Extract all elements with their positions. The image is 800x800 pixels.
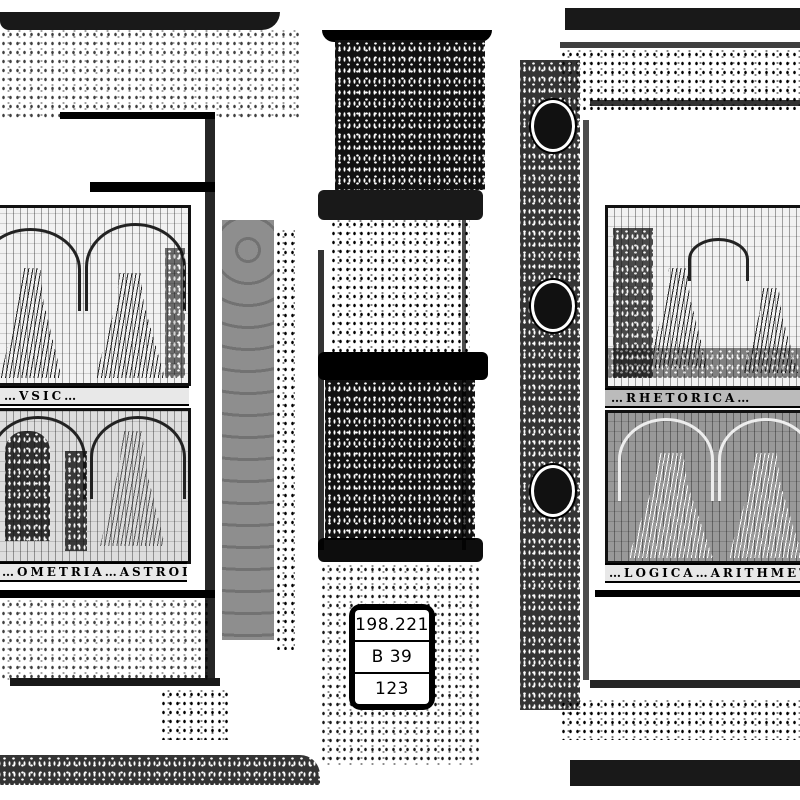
left-top-speckle <box>0 30 300 120</box>
shelf-mark-line-3: 123 <box>355 674 429 704</box>
left-panel-bottom-rule <box>0 590 215 598</box>
right-lower-panel <box>605 410 800 564</box>
spine-right-edge <box>462 220 466 550</box>
left-top-edge <box>0 12 280 30</box>
left-edge-dots <box>275 230 295 650</box>
left-bottom-ornament <box>160 690 230 740</box>
shelf-mark-line-1: 198.221 <box>355 610 429 642</box>
right-roll-medallion-3 <box>531 465 575 517</box>
right-inscription-top: …RHETORICA… <box>605 388 800 408</box>
book-binding-scan: …VSIC… …OMETRIA…ASTROLOGI… <box>0 0 800 800</box>
left-roll-border <box>222 220 274 640</box>
left-lower-figure-1 <box>5 431 50 541</box>
shelf-mark-line-2: B 39 <box>355 642 429 674</box>
left-bottom-edge <box>0 755 320 785</box>
right-top-edge <box>565 8 800 30</box>
right-frame-left-rule <box>583 120 589 680</box>
right-upper-panel <box>605 205 800 389</box>
spine-band-3 <box>318 538 483 562</box>
right-upper-ground <box>608 348 800 378</box>
left-upper-panel <box>0 205 191 386</box>
spine-compartment-3 <box>325 380 475 540</box>
shelf-mark-label: 198.221 B 39 123 <box>349 604 435 710</box>
right-panel-bottom-rule <box>595 590 800 597</box>
left-lower-speckle <box>0 600 210 680</box>
spine-compartment-2 <box>330 220 470 360</box>
right-inscription-bottom: …LOGICA…ARITHMETIC… <box>605 563 800 583</box>
right-roll-medallion-2 <box>531 280 575 332</box>
left-lower-column <box>65 451 87 551</box>
shelf-mark-label-inner: 198.221 B 39 123 <box>355 610 429 704</box>
right-roll-medallion-1 <box>531 100 575 152</box>
left-inscription-bottom: …OMETRIA…ASTROLOGI… <box>0 562 187 582</box>
spine-band-1 <box>318 190 483 220</box>
spine-compartment-1 <box>335 40 485 190</box>
right-upper-fountain-arch <box>688 238 749 281</box>
left-frame-bottom-line <box>10 678 220 686</box>
right-frame-inner-top <box>590 100 800 106</box>
right-roll-border <box>520 60 580 710</box>
left-panel-top-rule <box>90 182 215 192</box>
right-frame-top-line <box>560 42 800 48</box>
right-bottom-ornament <box>560 700 800 740</box>
left-lower-panel <box>0 408 191 564</box>
left-upper-column <box>165 248 185 378</box>
right-bottom-edge <box>570 760 800 786</box>
left-frame-top-line <box>60 112 215 119</box>
spine-left-edge <box>318 250 324 550</box>
right-frame-bottom-line <box>590 680 800 688</box>
left-inscription-top: …VSIC… <box>0 386 189 406</box>
